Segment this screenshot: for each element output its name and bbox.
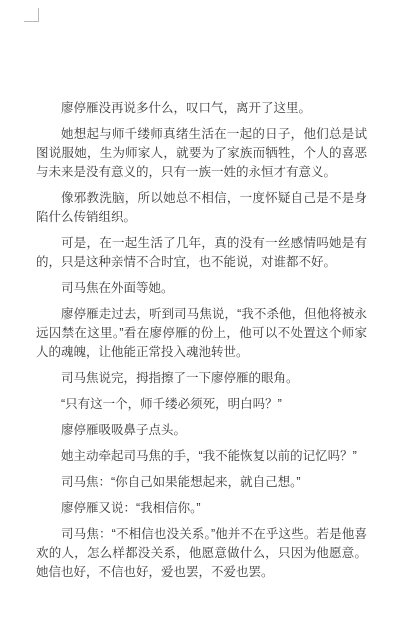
margin-corner-mark-icon [24, 8, 39, 22]
paragraph: 她想起与师千缕师真绪生活在一起的日子，他们总是试图说服她，生为师家人，就要为了家… [36, 125, 367, 182]
paragraph: 廖停雁没再说多什么，叹口气，离开了这里。 [36, 99, 367, 118]
document-content: 廖停雁没再说多什么，叹口气，离开了这里。 她想起与师千缕师真绪生活在一起的日子，… [36, 99, 367, 582]
paragraph: “只有这一个，师千缕必须死，明白吗？” [36, 395, 367, 414]
paragraph: 司马焦说完，拇指擦了一下廖停雁的眼角。 [36, 369, 367, 388]
paragraph: 廖停雁吸吸鼻子点头。 [36, 421, 367, 440]
paragraph: 廖停雁走过去，听到司马焦说，“我不杀他，但他将被永远囚禁在这里。”看在廖停雁的份… [36, 305, 367, 362]
paragraph: 可是，在一起生活了几年，真的没有一丝感情吗她是有的，只是这种亲情不合时宜，也不能… [36, 234, 367, 272]
paragraph: 廖停雁又说：“我相信你。” [36, 499, 367, 518]
document-page: 廖停雁没再说多什么，叹口气，离开了这里。 她想起与师千缕师真绪生活在一起的日子，… [0, 0, 400, 640]
paragraph: 司马焦：“不相信也没关系。”他并不在乎这些。若是他喜欢的人，怎么样都没关系，他愿… [36, 525, 367, 582]
paragraph: 她主动牵起司马焦的手，“我不能恢复以前的记忆吗？” [36, 447, 367, 466]
paragraph: 像邪教洗脑，所以她总不相信，一度怀疑自己是不是身陷什么传销组织。 [36, 189, 367, 227]
paragraph: 司马焦：“你自己如果能想起来，就自己想。” [36, 473, 367, 492]
paragraph: 司马焦在外面等她。 [36, 279, 367, 298]
